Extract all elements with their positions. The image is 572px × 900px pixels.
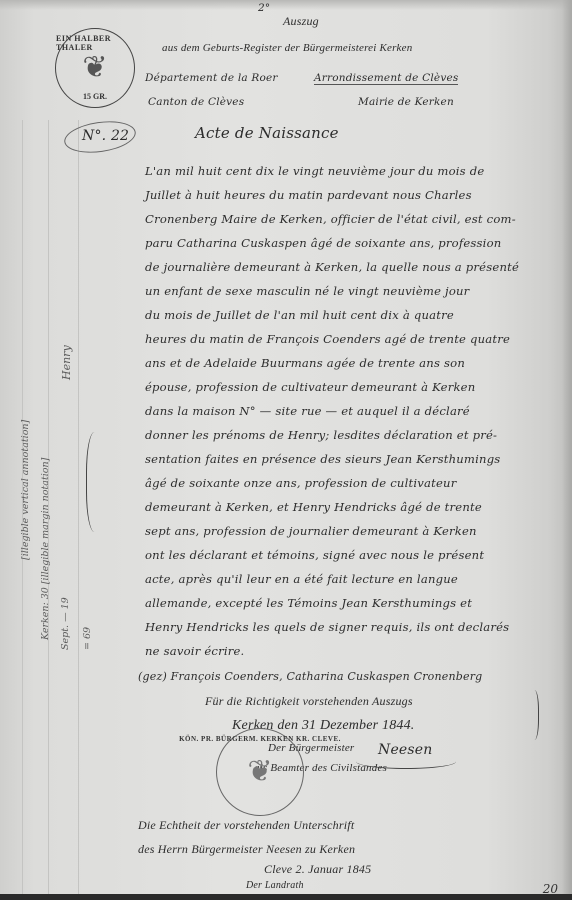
department: Département de la Roer — [145, 72, 278, 84]
body-line: âgé de soixante onze ans, profession de … — [145, 476, 456, 490]
mairie: Mairie de Kerken — [358, 96, 454, 108]
scan-edge — [562, 0, 572, 900]
scan-shadow — [0, 0, 572, 10]
header-subtitle: aus dem Geburts-Register der Bürgermeist… — [162, 42, 412, 54]
margin-note: Kerken: 30 [illegible margin notation] — [40, 458, 51, 640]
body-line: Henry Hendricks les quels de signer requ… — [145, 620, 509, 634]
body-line: de journalière demeurant à Kerken, la qu… — [145, 260, 519, 274]
margin-note: = 69 — [82, 627, 93, 650]
margin-rule — [78, 120, 79, 900]
margin-bracket — [86, 432, 107, 532]
body-line: L'an mil huit cent dix le vingt neuvième… — [145, 164, 484, 178]
bracket-mark — [528, 690, 539, 740]
header-title: Auszug — [283, 14, 319, 29]
stamp-denomination: 15 GR. — [83, 92, 107, 101]
page-mark: 2° — [258, 2, 270, 14]
body-line: donner les prénoms de Henry; lesdites dé… — [145, 428, 497, 442]
body-line: épouse, profession de cultivateur demeur… — [145, 380, 475, 394]
body-line: demeurant à Kerken, et Henry Hendricks â… — [145, 500, 482, 514]
body-line: Cronenberg Maire de Kerken, officier de … — [145, 212, 516, 226]
record-number: N°. 22 — [82, 128, 129, 144]
eagle-icon: ❦ — [82, 53, 107, 83]
mayor-seal: KÖN. PR. BÜRGERM. KERKEN KR. CLEVE. ❦ — [216, 728, 304, 816]
body-line: Juillet à huit heures du matin pardevant… — [145, 188, 472, 202]
body-line: ne savoir écrire. — [145, 644, 244, 658]
stamp-ring-text: EIN HALBER THALER — [56, 34, 134, 52]
legalization-signatory: Der Landrath — [246, 880, 304, 891]
legalization-line: Die Echtheit der vorstehenden Unterschri… — [138, 818, 354, 833]
seal-ring-text: KÖN. PR. BÜRGERM. KERKEN KR. CLEVE. — [179, 735, 341, 743]
margin-note: Henry — [60, 345, 73, 380]
body-line: heures du matin de François Coenders agé… — [145, 332, 510, 346]
body-line: paru Catharina Cuskaspen âgé de soixante… — [145, 236, 501, 250]
eagle-icon: ❦ — [247, 757, 272, 787]
signature-flourish — [356, 754, 456, 769]
body-line: sept ans, profession de journalier demeu… — [145, 524, 477, 538]
act-title: Acte de Naissance — [195, 124, 339, 142]
body-line: sentation faites en présence des sieurs … — [145, 452, 500, 466]
canton: Canton de Clèves — [148, 96, 244, 108]
legalization-date: Cleve 2. Januar 1845 — [264, 862, 371, 877]
body-line: allemande, excepté les Témoins Jean Kers… — [145, 596, 472, 610]
legalization-line: des Herrn Bürgermeister Neesen zu Kerken — [138, 842, 355, 857]
body-line: ans et de Adelaide Buurmans agée de tren… — [145, 356, 465, 370]
tax-stamp: EIN HALBER THALER ❦ 15 GR. — [55, 28, 135, 108]
document-page: 2° Auszug aus dem Geburts-Register der B… — [0, 0, 572, 900]
page-corner-number: 20 — [543, 882, 558, 896]
arrondissement: Arrondissement de Clèves — [314, 72, 458, 85]
body-line: un enfant de sexe masculin né le vingt n… — [145, 284, 469, 298]
body-line: dans la maison N° — site rue — et auquel… — [145, 404, 470, 418]
margin-note: Sept. — 19 — [60, 597, 71, 650]
signature-line: (gez) François Coenders, Catharina Cuska… — [138, 670, 482, 683]
certification-line: Für die Richtigkeit vorstehenden Auszugs — [205, 694, 413, 709]
body-line: ont les déclarant et témoins, signé avec… — [145, 548, 484, 562]
margin-note: [illegible vertical annotation] — [20, 420, 31, 560]
body-line: acte, après qu'il leur en a été fait lec… — [145, 572, 458, 586]
body-line: du mois de Juillet de l'an mil huit cent… — [145, 308, 454, 322]
